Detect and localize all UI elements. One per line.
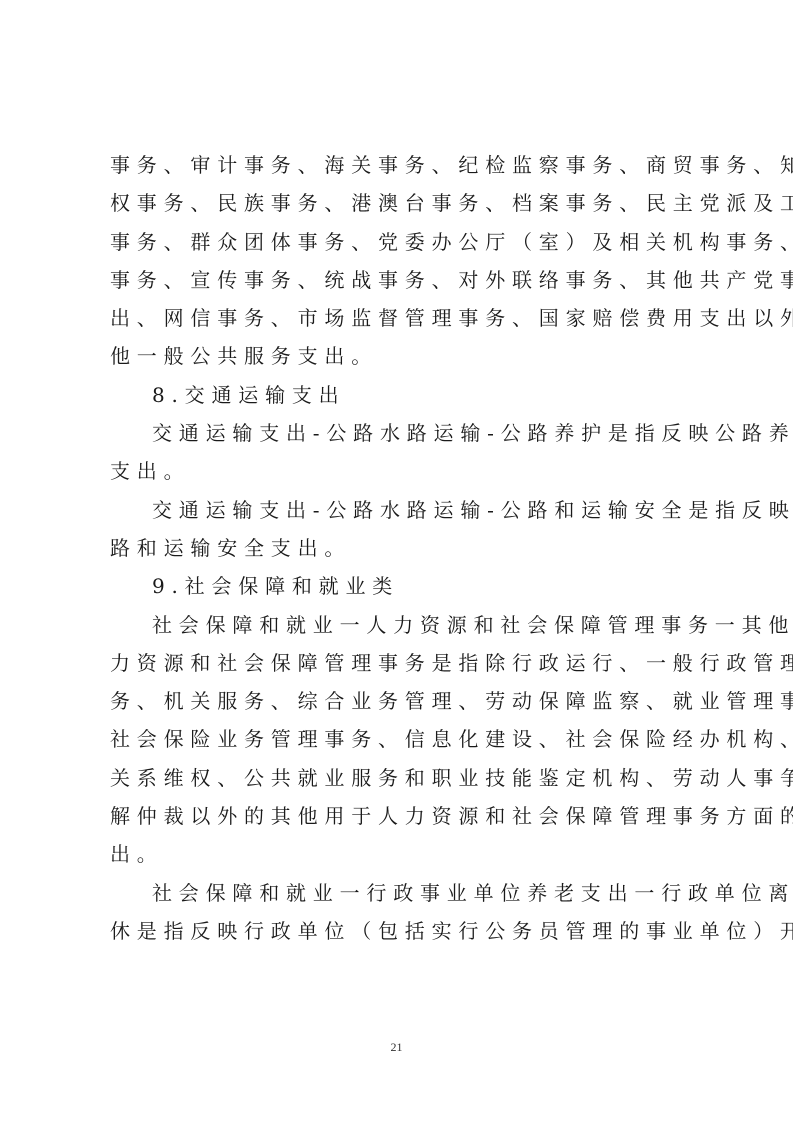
section-heading-transport: 8.交通运输支出 (110, 376, 700, 414)
text-line: 权事务、民族事务、港澳台事务、档案事务、民主党派及工商联 (110, 184, 700, 222)
text-line: 路和运输安全支出。 (110, 529, 700, 567)
text-line: 出、网信事务、市场监督管理事务、国家赔偿费用支出以外的其 (110, 299, 700, 337)
text-line: 力资源和社会保障管理事务是指除行政运行、一般行政管理事 (110, 644, 700, 682)
text-line: 关系维权、公共就业服务和职业技能鉴定机构、劳动人事争议调 (110, 759, 700, 797)
text-line: 他一般公共服务支出。 (110, 337, 700, 375)
text-line: 务、机关服务、综合业务管理、劳动保障监察、就业管理事务、 (110, 682, 700, 720)
text-line: 休是指反映行政单位（包括实行公务员管理的事业单位）开支的 (110, 912, 700, 950)
text-line: 事务、群众团体事务、党委办公厅（室）及相关机构事务、组织 (110, 223, 700, 261)
section-heading-social-security: 9.社会保障和就业类 (110, 567, 700, 605)
text-line: 交通运输支出-公路水路运输-公路和运输安全是指反映公 (110, 491, 700, 529)
text-line: 事务、审计事务、海关事务、纪检监察事务、商贸事务、知识产 (110, 146, 700, 184)
text-line: 事务、宣传事务、统战事务、对外联络事务、其他共产党事务支 (110, 261, 700, 299)
text-line: 社会保障和就业一行政事业单位养老支出一行政单位离退 (110, 874, 700, 912)
body-text: 事务、审计事务、海关事务、纪检监察事务、商贸事务、知识产 权事务、民族事务、港澳… (110, 146, 700, 950)
text-line: 解仲裁以外的其他用于人力资源和社会保障管理事务方面的支 (110, 797, 700, 835)
document-page: 事务、审计事务、海关事务、纪检监察事务、商贸事务、知识产 权事务、民族事务、港澳… (0, 0, 793, 1122)
page-number: 21 (0, 1040, 793, 1055)
text-line: 交通运输支出-公路水路运输-公路养护是指反映公路养护 (110, 414, 700, 452)
text-line: 支出。 (110, 452, 700, 490)
text-line: 社会保险业务管理事务、信息化建设、社会保险经办机构、劳动 (110, 720, 700, 758)
text-line: 社会保障和就业一人力资源和社会保障管理事务一其他人 (110, 606, 700, 644)
text-line: 出。 (110, 835, 700, 873)
